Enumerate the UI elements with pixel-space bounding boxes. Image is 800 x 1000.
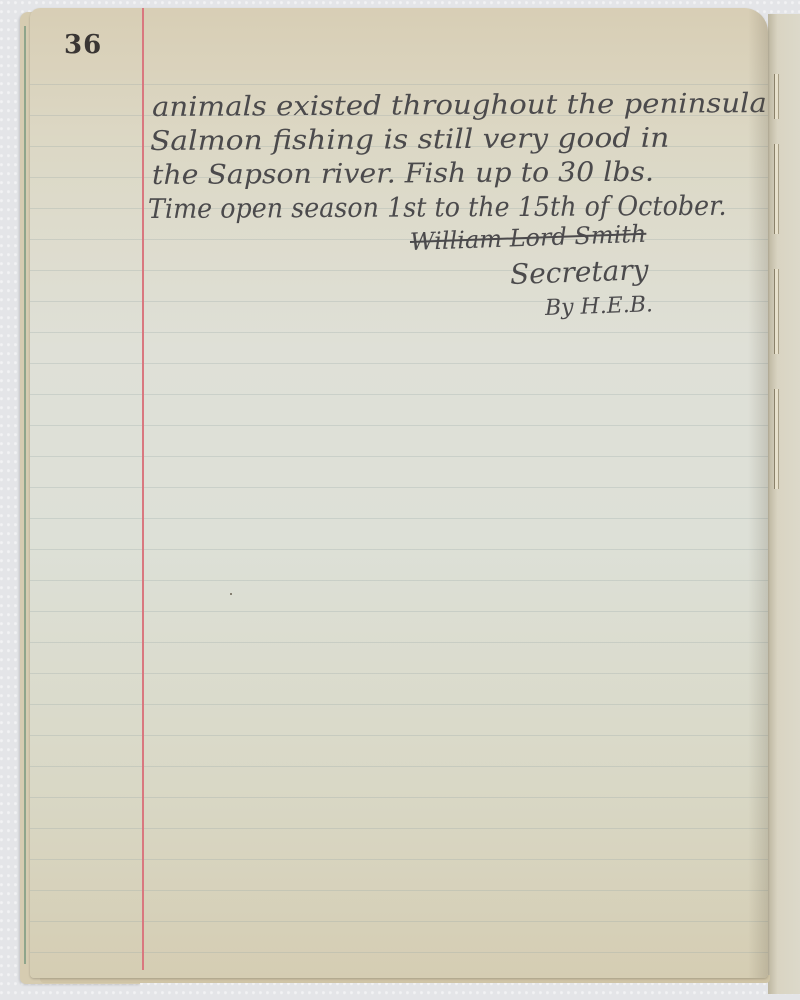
handwritten-line-3: the Sapson river. Fish up to 30 lbs.	[152, 157, 654, 191]
gutter-shadow	[748, 8, 768, 978]
facing-page	[768, 14, 800, 994]
binding-stitch	[774, 74, 779, 119]
signature-title: Secretary	[509, 253, 649, 291]
handwritten-line-2: Salmon fishing is still very good in	[150, 123, 670, 157]
page-number: 36	[64, 30, 102, 60]
red-margin-rule	[142, 8, 144, 970]
binding-stitch	[774, 144, 779, 234]
handwritten-line-1: animals existed throughout the peninsula	[152, 88, 767, 123]
signature-by-initials: By H.E.B.	[545, 292, 654, 321]
ledger-page: 36 animals existed throughout the penins…	[30, 8, 768, 978]
binding-stitch	[774, 269, 779, 354]
page-edge-green	[24, 26, 26, 964]
binding-stitch	[774, 389, 779, 489]
paper-speck	[230, 593, 232, 595]
